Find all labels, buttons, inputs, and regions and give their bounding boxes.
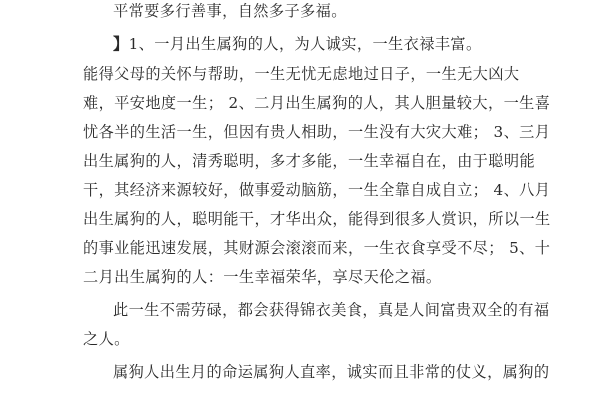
text-line: 的事业能迅速发展，其财源会滚滚而来，一生衣食享受不尽； 5、十 <box>83 238 550 258</box>
text-line: 出生属狗的人，聪明能干，才华出众，能得到很多人赏识，所以一生 <box>83 209 551 229</box>
text-line: 干，其经济来源较好，做事爱动脑筋，一生全靠自成自立； 4、八月 <box>83 180 550 200</box>
document-page: 平常要多行善事，自然多子多福。 】1、一月出生属狗的人，为人诚实，一生衣禄丰富。… <box>0 0 600 400</box>
text-line: 属狗人出生月的命运属狗人直率，诚实而且非常的仗义，属狗的 <box>113 362 549 382</box>
text-line: 】1、一月出生属狗的人，为人诚实，一生衣禄丰富。 <box>113 34 482 54</box>
text-line: 此一生不需劳碌，都会获得锦衣美食，真是人间富贵双全的有福 <box>113 300 549 320</box>
bracket-mark: 】 <box>113 35 129 53</box>
text-line: 之人。 <box>83 329 130 349</box>
text-line-content: 1、一月出生属狗的人，为人诚实，一生衣禄丰富。 <box>129 35 482 53</box>
text-line: 二月出生属狗的人：一生幸福荣华，享尽天伦之福。 <box>83 267 442 287</box>
text-line: 出生属狗的人，清秀聪明，多才多能，一生幸福自在，由于聪明能 <box>83 151 535 171</box>
text-line: 难，平安地度一生； 2、二月出生属狗的人，其人胆量较大，一生喜 <box>83 93 550 113</box>
text-line: 平常要多行善事，自然多子多福。 <box>113 1 347 21</box>
text-line: 忧各半的生活一生，但因有贵人相助，一生没有大灾大难； 3、三月 <box>83 122 550 142</box>
text-line: 能得父母的关怀与帮助，一生无忧无虑地过日子，一生无大凶大 <box>83 64 519 84</box>
